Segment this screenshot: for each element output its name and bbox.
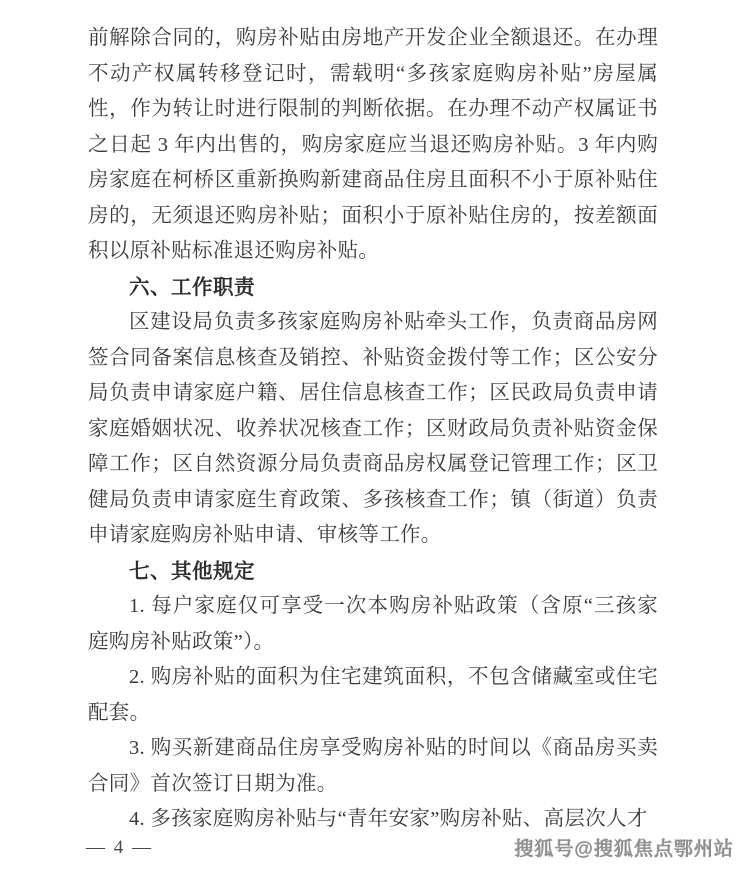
paragraph-department-duties: 区建设局负责多孩家庭购房补贴牵头工作，负责商品房网签合同备案信息核查及销控、补贴… — [88, 305, 658, 554]
section-heading-seven-other-rules: 七、其他规定 — [88, 554, 658, 590]
document-page: 前解除合同的，购房补贴由房地产开发企业全额退还。在办理不动产权属转移登记时，需载… — [0, 0, 740, 871]
page-number: — 4 — — [86, 837, 153, 859]
page-footer: — 4 — 搜狐号@搜狐焦点鄂州站 — [0, 833, 740, 861]
sohu-watermark: 搜狐号@搜狐焦点鄂州站 — [514, 834, 734, 861]
document-body: 前解除合同的，购房补贴由房地产开发企业全额退还。在办理不动产权属转移登记时，需载… — [0, 0, 740, 838]
section-heading-six-duties: 六、工作职责 — [88, 270, 658, 306]
paragraph-refund-policy: 前解除合同的，购房补贴由房地产开发企业全额退还。在办理不动产权属转移登记时，需载… — [88, 21, 658, 270]
list-item-rule-1: 1. 每户家庭仅可享受一次本购房补贴政策（含原“三孩家庭购房补贴政策”）。 — [88, 589, 658, 660]
list-item-rule-3: 3. 购买新建商品住房享受购房补贴的时间以《商品房买卖合同》首次签订日期为准。 — [88, 731, 658, 802]
list-item-rule-2: 2. 购房补贴的面积为住宅建筑面积，不包含储藏室或住宅配套。 — [88, 660, 658, 731]
